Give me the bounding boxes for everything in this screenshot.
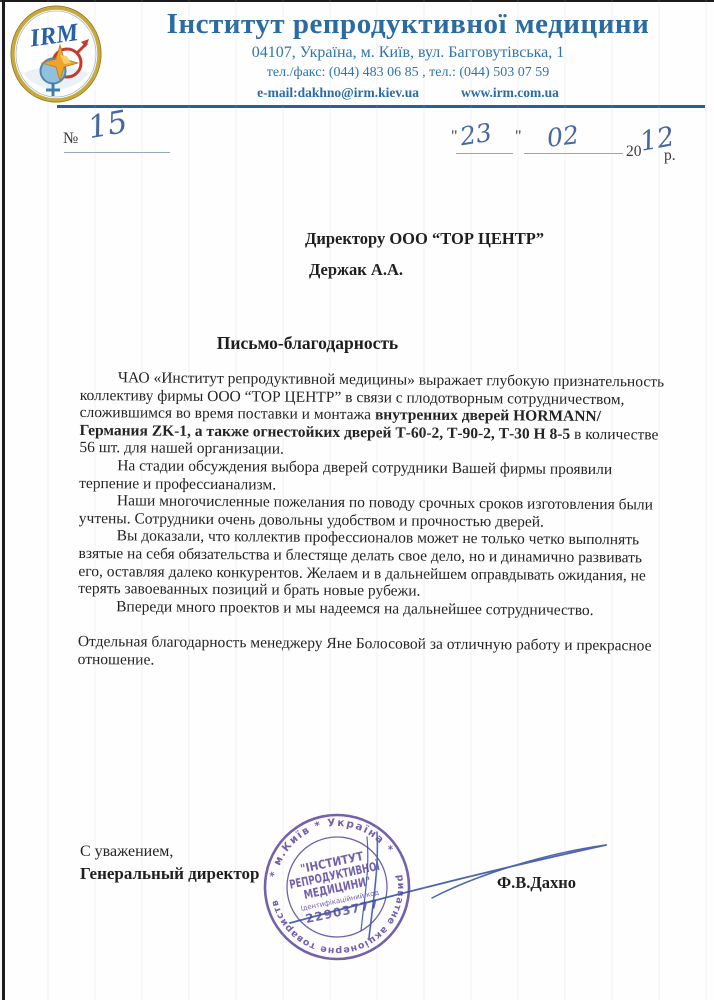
letter-body: ЧАО «Институт репродуктивной медицины» в… [78, 369, 666, 673]
handwritten-month: 02 [546, 122, 581, 151]
scan-edge-left [2, 0, 5, 1000]
date-month-line [524, 153, 623, 154]
institute-address: 04107, Україна, м. Київ, вул. Багговутів… [110, 43, 706, 63]
letterhead-divider [57, 105, 705, 108]
body-paragraph-2: На стадии обсуждения выбора дверей сотру… [79, 457, 665, 497]
body-paragraph-4: Вы доказали, что коллектив профессионало… [78, 527, 665, 602]
handwritten-ref-number: 15 [86, 107, 130, 144]
year-unit: р. [664, 147, 676, 165]
institute-phones: тел./факс: (044) 483 06 85 , тел.: (044)… [110, 64, 706, 82]
addressee-block: Директору ООО “ТОР ЦЕНТР” Держак А.А. [305, 223, 544, 285]
body-paragraph-1: ЧАО «Институт репродуктивной медицины» в… [79, 369, 666, 462]
institute-email: e-mail:dakhno@irm.kiev.ua [257, 85, 419, 100]
closing-salutation: С уважением, [80, 843, 173, 861]
date-quote-close: " [515, 128, 522, 146]
date-day-line [456, 153, 513, 154]
round-seal: * м.Київ * Україна * Приватне акціонерне… [246, 796, 429, 979]
institute-name: Інститут репродуктивної медицини [110, 8, 706, 41]
institute-website: www.irm.com.ua [461, 85, 559, 100]
signer-position: Генеральный директор [80, 864, 259, 884]
letterhead-text: Інститут репродуктивної медицини 04107, … [110, 8, 706, 101]
contact-line: e-mail:dakhno@irm.kiev.uawww.irm.com.ua [110, 84, 706, 101]
body-paragraph-3: Наши многочисленные пожелания по поводу … [79, 492, 665, 532]
year-prefix: 20 [626, 143, 642, 161]
signer-name: Ф.В.Дахно [497, 873, 576, 893]
addressee-name: Держак А.А. [305, 254, 544, 285]
addressee-position: Директору ООО “ТОР ЦЕНТР” [305, 223, 544, 254]
date-quote-open: " [451, 128, 458, 146]
irm-logo: IRM [9, 3, 104, 105]
body-paragraph-5: Впереди много проектов и мы надеемся на … [78, 598, 664, 620]
scanned-letter-page: IRM Інститут репродуктивної медицини 041… [0, 0, 714, 1000]
ref-number-label: № [63, 130, 78, 148]
handwritten-day: 23 [458, 120, 493, 150]
letter-title: Письмо-благодарность [80, 333, 535, 354]
body-paragraph-6: Отдельная благодарность менеджеру Яне Бо… [78, 633, 664, 673]
ref-number-line [64, 152, 170, 153]
scan-edge-top [0, 0, 714, 2]
